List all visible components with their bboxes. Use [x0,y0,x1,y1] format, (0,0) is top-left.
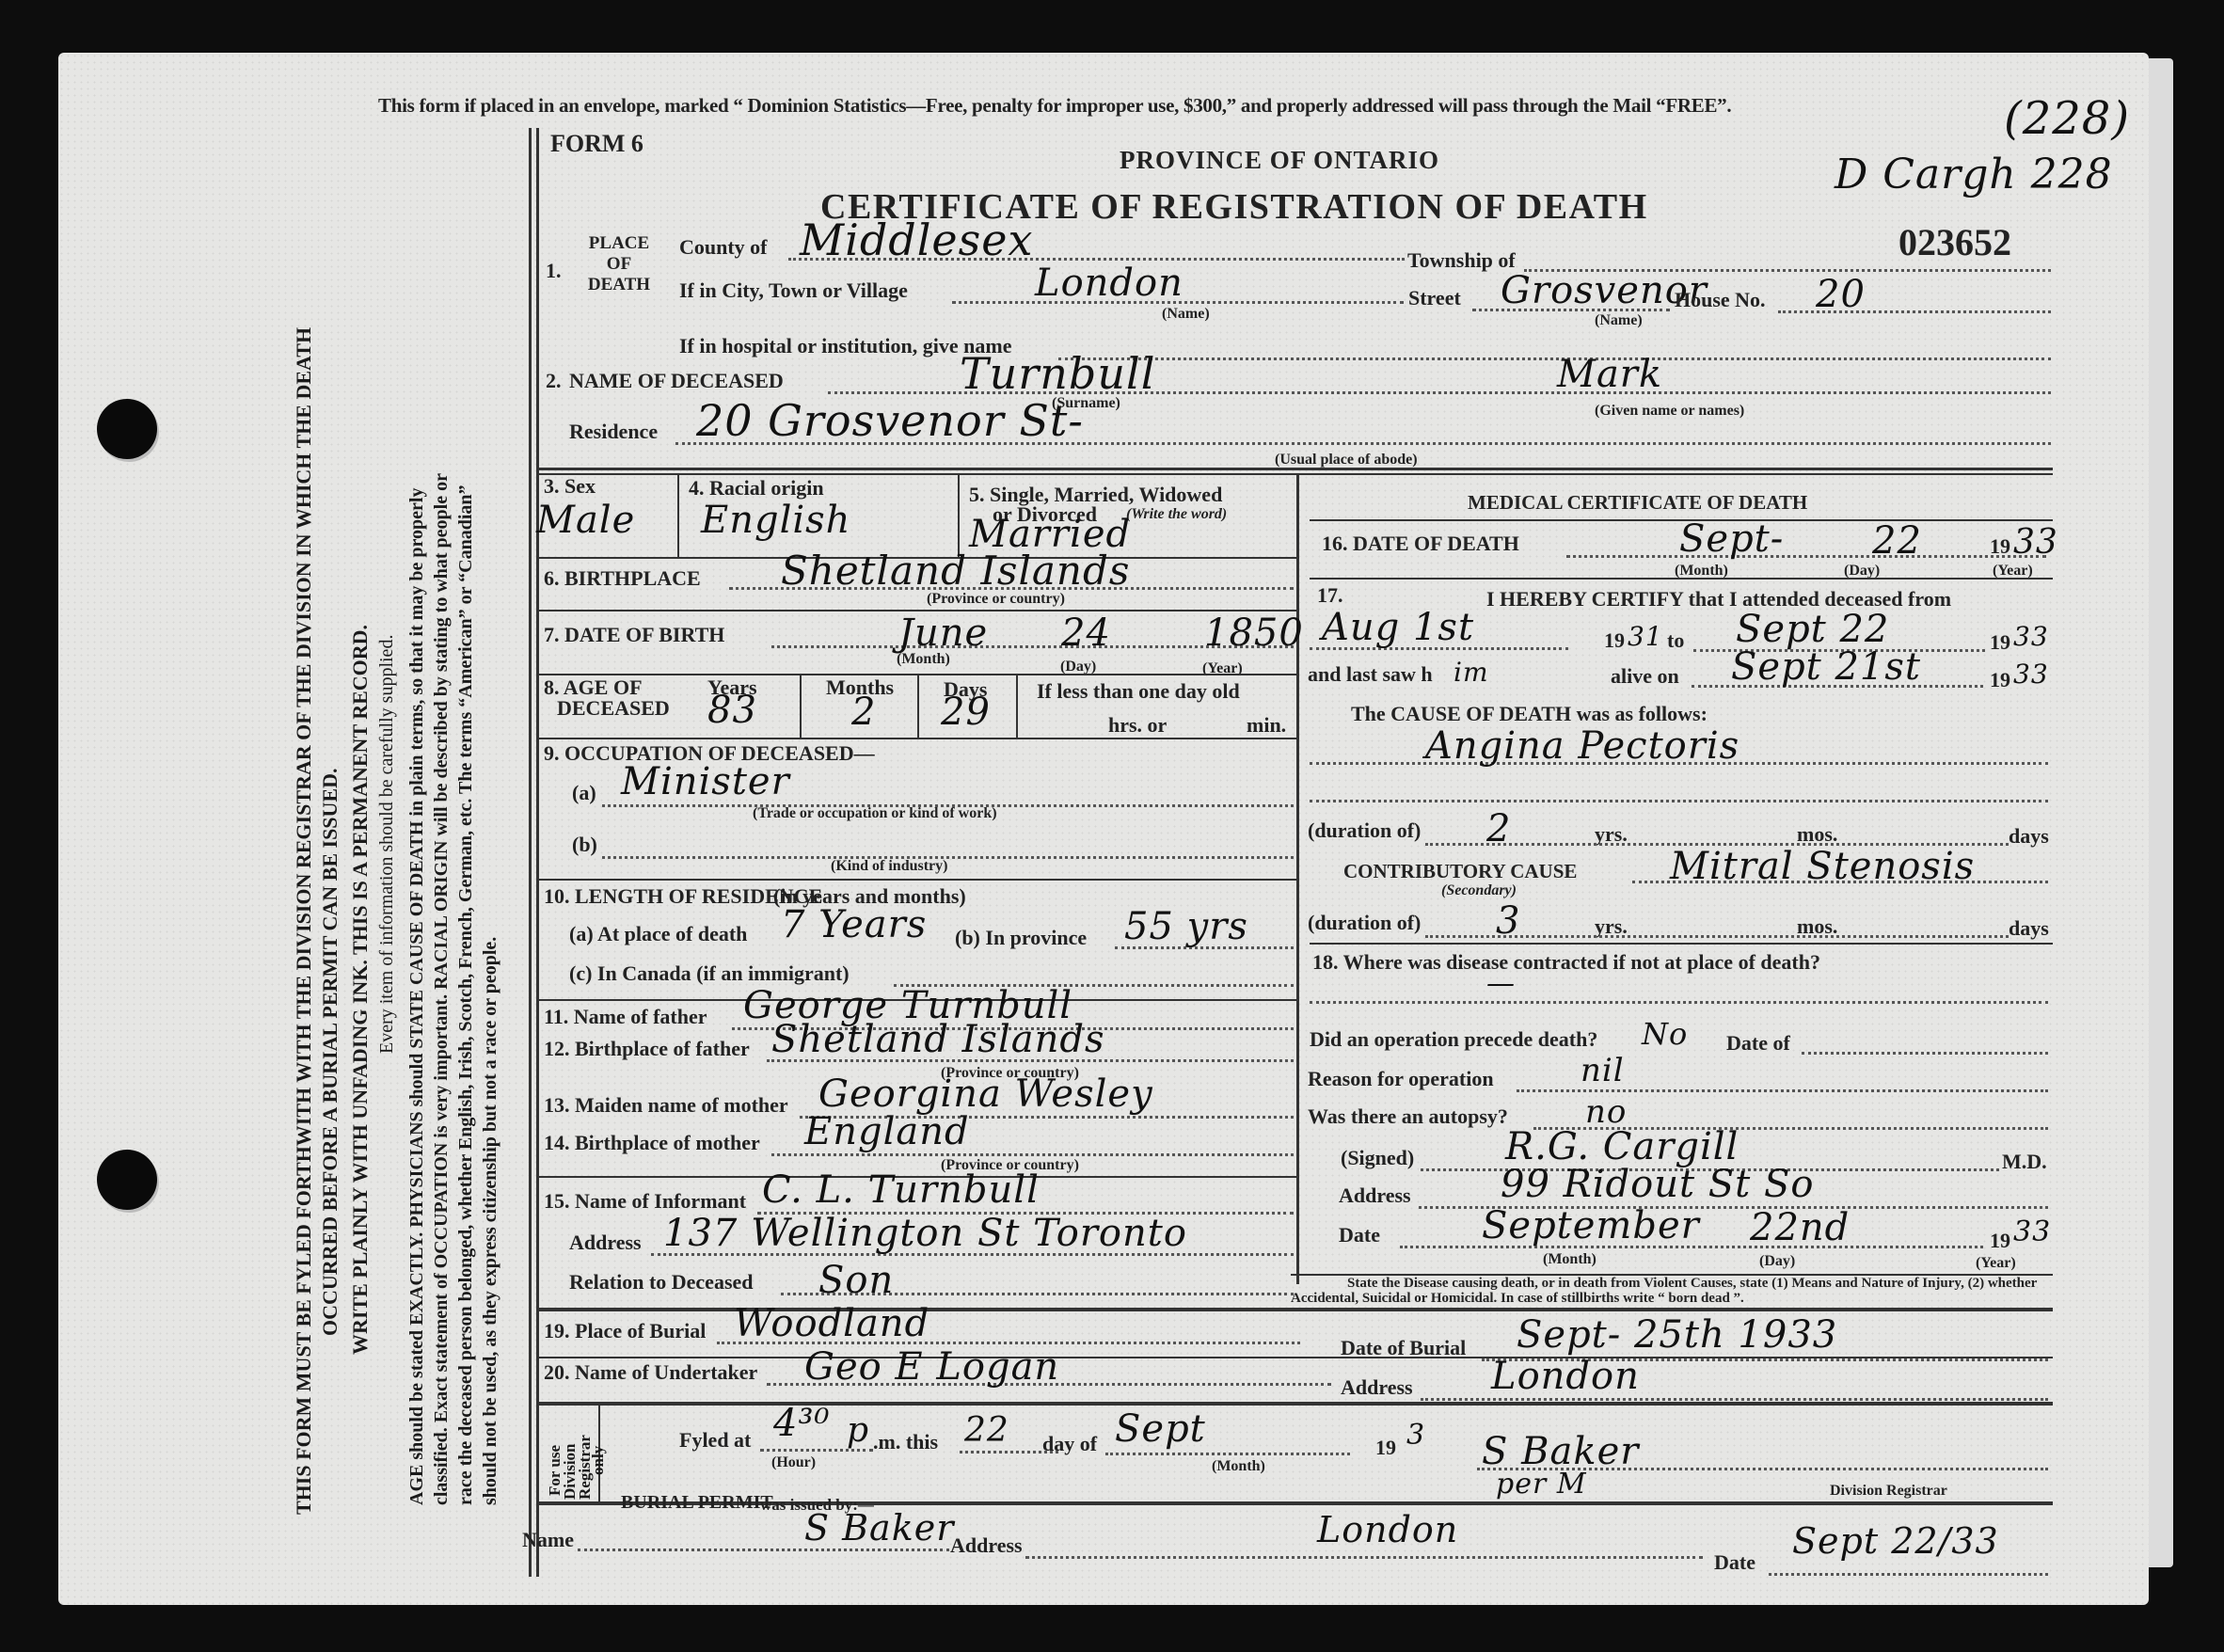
dod-year-prefix: 19 [1990,534,2010,559]
day-of-label: day of [1042,1432,1097,1456]
industry-caption: (Kind of industry) [831,858,947,875]
cert-date-month-field[interactable]: September [1482,1204,1700,1247]
undertaker-address-label: Address [1341,1375,1413,1400]
street-caption: (Name) [1595,312,1643,329]
section-number: 1. [546,259,562,283]
registrar-side-label: only [589,1446,608,1475]
form-border-left [529,128,532,1577]
residence-c-label: (c) In Canada (if an immigrant) [569,961,850,986]
racial-origin-field[interactable]: English [701,499,850,542]
divider [538,1357,2053,1358]
duration-label: (duration of) [1308,911,1421,935]
days-label: days [2009,916,2049,941]
township-label: Township of [1407,248,1516,273]
operation-field[interactable]: No [1642,1016,1688,1052]
house-no-field[interactable]: 20 [1816,273,1866,316]
permit-address-field[interactable]: London [1317,1509,1458,1550]
min-label: min. [1247,713,1286,738]
cell-divider [677,475,679,558]
fyled-month-field[interactable]: Sept [1115,1407,1206,1451]
attended-to-year-field[interactable]: 33 [2013,621,2049,652]
cause-line-2 [1310,800,2048,802]
fyled-year-field[interactable]: 3 [1406,1419,1425,1452]
industry-field[interactable] [602,856,1294,859]
q18-line [1310,1001,2048,1004]
informant-name-field[interactable]: C. L. Turnbull [762,1168,1040,1212]
cell-divider [800,675,802,738]
fyled-day-field[interactable]: 22 [964,1411,1009,1450]
q18-field[interactable]: — [1486,967,1516,1000]
form-number: FORM 6 [550,130,643,158]
relation-field[interactable]: Son [818,1259,894,1302]
physician-address-label: Address [1339,1183,1411,1208]
undertaker-address-line [1421,1398,2048,1401]
side-instruction-1: THIS FORM MUST BE FYLED FORTHWITH WITH T… [292,327,316,1515]
mother-birthplace-label: 14. Birthplace of mother [544,1131,760,1155]
given-names-caption: (Given name or names) [1595,403,1744,420]
fyled-month-line [1105,1453,1350,1455]
hrs-label: hrs. or [1108,713,1167,738]
form-border-left-inner [536,128,539,1577]
cert-year-caption: (Year) [1976,1255,2016,1272]
name-of-deceased-label: NAME OF DECEASED [569,369,784,393]
punch-hole-icon [97,1150,157,1210]
date-of-death-label: 16. DATE OF DEATH [1322,532,1519,556]
place-of-burial-label: 19. Place of Burial [544,1319,706,1343]
permit-address-label: Address [950,1533,1023,1558]
pm-field[interactable]: p [847,1411,869,1450]
street-label: Street [1408,286,1461,310]
dod-line [1566,555,2046,558]
cert-number: 17. [1317,583,1343,608]
undertaker-label: 20. Name of Undertaker [544,1360,757,1385]
year-prefix: 19 [1375,1436,1396,1460]
residence-field[interactable]: 20 Grosvenor St- [696,395,1084,446]
divider [1310,578,2053,580]
permit-date-field[interactable]: Sept 22/33 [1792,1520,1999,1562]
burial-permit-title: BURIAL PERMIT [621,1492,773,1514]
residence-caption: (Usual place of abode) [1275,452,1418,469]
dod-month-field[interactable]: Sept- [1679,517,1784,561]
registration-number: 023652 [1898,220,2011,264]
date-of-burial-field[interactable]: Sept- 25th 1933 [1517,1313,1837,1357]
place-of-burial-field[interactable]: Woodland [734,1302,929,1345]
attended-from-field[interactable]: Aug 1st [1322,606,1474,649]
cause-of-death-field[interactable]: Angina Pectoris [1425,724,1739,768]
dob-label: 7. DATE OF BIRTH [544,623,724,647]
sex-field[interactable]: Male [536,499,635,542]
last-saw-year-field[interactable]: 33 [2013,659,2049,690]
birthplace-label: 6. BIRTHPLACE [544,566,701,591]
reason-line [1517,1089,2048,1092]
year-prefix: 19 [1990,630,2010,655]
father-birthplace-field[interactable]: Shetland Islands [771,1018,1105,1061]
punch-hole-icon [97,399,157,459]
permit-issuer-name-field[interactable]: S Baker [804,1507,954,1549]
side-instruction-3: WRITE PLAINLY WITH UNFADING INK. THIS IS… [348,625,373,1355]
year-prefix: 19 [1990,1229,2010,1253]
margin-note-number: (228) [2004,92,2130,145]
last-saw-pronoun-field[interactable]: im [1454,657,1489,688]
divider [538,738,1296,739]
occupation-a-label: (a) [572,781,596,805]
marital-hint: (Write the word) [1126,506,1227,523]
month-caption: (Month) [1212,1458,1265,1475]
less-than-day-label: If less than one day old [1037,679,1240,704]
age-days-field[interactable]: 29 [941,691,991,734]
occupation-field[interactable]: Minister [621,760,790,803]
year-prefix: 19 [1990,668,2010,692]
dob-month-caption: (Month) [897,651,950,668]
dob-month-field[interactable]: June [898,612,988,655]
cause-label: The CAUSE OF DEATH was as follows: [1351,702,1708,726]
residence-at-place-field[interactable]: 7 Years [781,903,927,946]
mother-birthplace-field[interactable]: England [804,1110,970,1153]
cell-divider [1016,675,1018,738]
last-saw-label: and last saw h [1308,662,1433,687]
occupation-b-label: (b) [572,833,597,857]
province-title: PROVINCE OF ONTARIO [1120,146,1439,175]
dob-day-field[interactable]: 24 [1061,612,1111,655]
fyled-hour-field[interactable]: 4³⁰ [773,1402,831,1445]
birthplace-caption: (Province or country) [927,591,1065,608]
surname-field[interactable]: Turnbull [960,348,1155,399]
permit-name-line [578,1549,949,1551]
last-saw-date-field[interactable]: Sept 21st [1731,645,1921,689]
cert-date-year-field[interactable]: 33 [2013,1215,2051,1248]
medical-certificate-title: MEDICAL CERTIFICATE OF DEATH [1468,491,1807,515]
side-instruction-8: should not be used, as they express citi… [480,937,501,1505]
city-caption: (Name) [1162,306,1210,323]
year-prefix: 19 [1604,628,1625,653]
birthplace-field[interactable]: Shetland Islands [781,548,1130,594]
side-instruction-7: race the deceased person belonged, wheth… [455,484,477,1505]
age-years-field[interactable]: 83 [707,689,757,732]
reason-label: Reason for operation [1308,1067,1494,1091]
father-birthplace-label: 12. Birthplace of father [544,1037,750,1061]
m-this-label: .m. this [873,1430,938,1454]
sex-label: 3. Sex [544,474,596,499]
place-of-death-label: PLACE OF DEATH [577,233,661,295]
autopsy-label: Was there an autopsy? [1308,1104,1508,1129]
cert-day-caption: (Day) [1759,1253,1795,1270]
duration-line [1425,935,2009,938]
cell-divider [917,675,919,738]
residence-b-label: (b) In province [955,926,1087,950]
residence-a-label: (a) At place of death [569,922,747,946]
days-label: days [2009,824,2049,849]
cert-date-label: Date [1339,1223,1380,1247]
divider [538,1402,2053,1406]
hour-caption: (Hour) [771,1454,816,1471]
occupation-caption: (Trade or occupation or kind of work) [753,805,997,822]
residence-in-province-field[interactable]: 55 yrs [1124,905,1248,948]
father-label: 11. Name of father [544,1005,707,1029]
divider [538,468,2053,470]
institution-field[interactable] [1058,357,2051,360]
relation-label: Relation to Deceased [569,1270,754,1295]
division-registrar-caption: Division Registrar [1830,1483,1947,1500]
city-label: If in City, Town or Village [679,278,908,303]
side-instruction-2: OCCURRED BEFORE A BURIAL PERMIT CAN BE I… [318,769,342,1337]
given-names-field[interactable]: Mark [1557,353,1662,396]
informant-label: 15. Name of Informant [544,1189,746,1214]
margin-note-name: D Cargh 228 [1835,151,2113,199]
age-months-field[interactable]: 2 [851,691,876,734]
cell-divider [958,475,960,558]
county-field[interactable]: Middlesex [800,214,1033,265]
permit-address-line [1025,1556,1703,1559]
informant-address-field[interactable]: 137 Wellington St Toronto [663,1212,1187,1255]
dod-day-field[interactable]: 22 [1872,519,1922,563]
postal-notice: This form if placed in an envelope, mark… [378,94,1731,118]
divider [1310,943,2053,945]
physician-address-field[interactable]: 99 Ridout St So [1501,1163,1814,1206]
racial-origin-label: 4. Racial origin [689,476,824,500]
contributory-label: CONTRIBUTORY CAUSE [1343,860,1577,883]
dob-year-field[interactable]: 1850 [1204,612,1304,655]
q18-label: 18. Where was disease contracted if not … [1312,950,1820,975]
md-label: M.D. [2002,1150,2047,1174]
fyled-at-label: Fyled at [679,1428,751,1453]
house-no-label: House No. [1675,288,1766,312]
county-label: County of [679,235,768,260]
residence-label: Residence [569,420,658,444]
cert-date-day-field[interactable]: 22nd [1750,1206,1850,1249]
permit-name-label: Name [522,1528,574,1552]
divider [538,473,2053,475]
deceased-number: 2. [546,369,562,393]
operation-date-field[interactable] [1802,1052,2048,1055]
operation-label: Did an operation precede death? [1310,1027,1597,1052]
side-instruction-6: classified. Exact statement of OCCUPATIO… [431,473,453,1505]
contributory-cause-field[interactable]: Mitral Stenosis [1670,845,1975,888]
attended-from-year-field[interactable]: 31 [1628,621,1663,652]
side-instruction-5: AGE should be stated EXACTLY. PHYSICIANS… [406,488,428,1506]
age-label-2: DECEASED [557,696,670,721]
undertaker-field[interactable]: Geo E Logan [804,1345,1059,1389]
medical-footnote: State the Disease causing death, or in d… [1291,1276,2051,1306]
registrar-signature-sub: per M [1496,1468,1587,1501]
to-label: to [1667,628,1684,653]
signed-label: (Signed) [1341,1146,1414,1170]
side-instruction-4: Every item of information should be care… [376,635,398,1054]
duration-label: (duration of) [1308,818,1421,843]
permit-date-label: Date [1714,1550,1755,1575]
contributory-caption: (Secondary) [1441,882,1517,899]
mother-label: 13. Maiden name of mother [544,1093,788,1118]
column-divider [1296,475,1299,1284]
informant-address-label: Address [569,1231,642,1255]
undertaker-address-field[interactable]: London [1491,1355,1640,1398]
cert-month-caption: (Month) [1543,1251,1597,1268]
dod-year-field[interactable]: 33 [2013,523,2058,562]
mother-birthplace-line [771,1153,1294,1156]
operation-date-label: Date of [1726,1031,1790,1056]
alive-on-label: alive on [1611,664,1679,689]
divider [538,879,1296,881]
permit-date-line [1769,1573,2048,1576]
city-field[interactable]: London [1035,262,1183,305]
reason-field[interactable]: nil [1581,1052,1625,1089]
